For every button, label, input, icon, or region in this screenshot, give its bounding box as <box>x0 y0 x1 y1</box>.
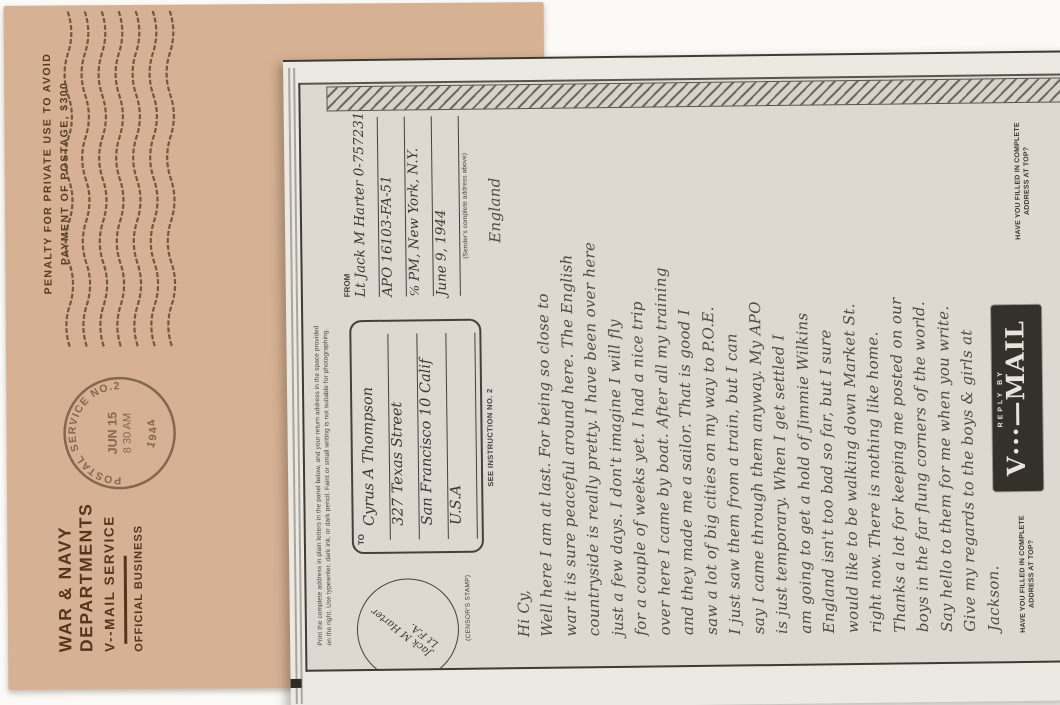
to-address-lines: Cyrus A Thompson 327 Texas Street San Fr… <box>359 333 478 540</box>
to-address-line: San Francisco 10 Calif <box>417 333 449 539</box>
cancellation-wavy-lines-icon <box>60 11 188 350</box>
scanned-vmail-scene: { "colors": { "envelope": "#d6b193", "en… <box>0 0 1060 705</box>
return-address-block: WAR & NAVY DEPARTMENTS V--MAIL SERVICE O… <box>54 502 145 652</box>
from-address-panel: FROM Lt Jack M Harter 0-757231 APO 16103… <box>341 116 470 298</box>
postmark-date: JUN 15 <box>105 412 119 455</box>
address-check-line-2: ADDRESS AT TOP? <box>1022 106 1033 256</box>
censor-stamp-circle: Jack M Harter Lt F.A. <box>356 578 459 672</box>
to-address-line: Cyrus A Thompson <box>359 334 391 540</box>
service-line: V--MAIL SERVICE <box>101 502 117 652</box>
vmail-logo-text: V···—MAIL <box>1003 305 1029 491</box>
from-address-line: June 9, 1944 <box>432 116 461 296</box>
postmark-time: 8 30 AM <box>121 413 133 453</box>
address-check-reminder: HAVE YOU FILLED IN COMPLETE ADDRESS AT T… <box>1013 106 1033 256</box>
photographed-form-area: Print the complete address in plain lett… <box>298 73 1060 671</box>
film-edge-mark <box>291 679 302 688</box>
vmail-form: Print the complete address in plain lett… <box>301 105 1060 650</box>
postmark-year: 1944 <box>145 416 160 450</box>
address-check-reminder: HAVE YOU FILLED IN COMPLETE ADDRESS AT T… <box>1017 499 1037 649</box>
from-address-line: APO 16103-FA-51 <box>378 117 407 297</box>
penalty-line-1: PENALTY FOR PRIVATE USE TO AVOID <box>39 53 58 295</box>
reply-by-vmail-logo: REPLY BY V···—MAIL <box>991 305 1043 492</box>
vmail-letter-photo: Print the complete address in plain lett… <box>283 50 1060 705</box>
to-address-line: U.S.A <box>446 333 478 539</box>
handwritten-message: England Hi Cy, Well here I am at last. F… <box>483 113 1006 637</box>
sender-address-note: (Sender's complete address above) <box>461 116 470 296</box>
to-address-line: 327 Texas Street <box>388 333 420 539</box>
censor-stamp-label: (CENSOR'S STAMP) <box>464 546 473 670</box>
postmark-stamp: POSTAL SERVICE NO.2 JUN 15 8 30 AM 1944 <box>60 374 179 493</box>
form-instructions: Print the complete address in plain lett… <box>311 140 334 645</box>
svg-text:1944: 1944 <box>145 416 160 450</box>
official-business-line: OFFICIAL BUSINESS <box>132 502 145 652</box>
dept-line-1: WAR & NAVY <box>54 503 76 653</box>
censor-signature: Jack M Harter Lt F.A. <box>369 597 440 658</box>
address-check-line-2: ADDRESS AT TOP? <box>1026 499 1037 649</box>
dept-line-2: DEPARTMENTS <box>75 503 97 653</box>
from-address-line: ℅ PM, New York, N.Y. <box>405 116 434 296</box>
from-address-line: Lt Jack M Harter 0-757231 <box>351 117 380 297</box>
divider-rule <box>124 556 127 644</box>
to-address-panel: TO Cyrus A Thompson 327 Texas Street San… <box>349 319 484 555</box>
